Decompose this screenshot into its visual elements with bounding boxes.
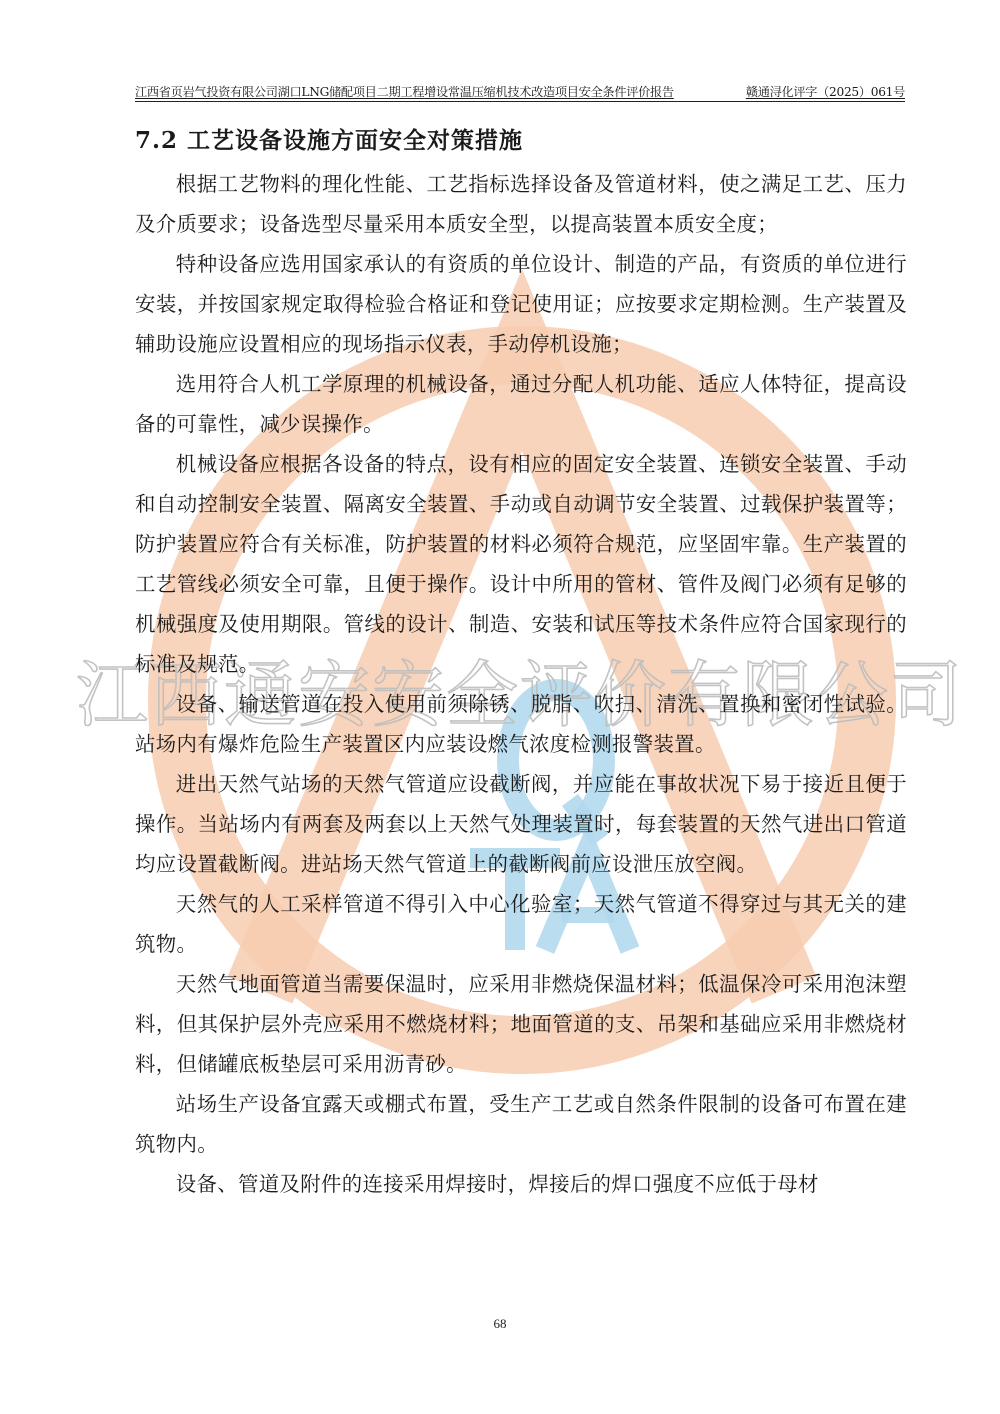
paragraph: 设备、管道及附件的连接采用焊接时，焊接后的焊口强度不应低于母材 (135, 1164, 907, 1204)
paragraph: 选用符合人机工学原理的机械设备，通过分配人机功能、适应人体特征，提高设备的可靠性… (135, 364, 907, 444)
paragraph: 天然气地面管道当需要保温时，应采用非燃烧保温材料；低温保冷可采用泡沫塑料，但其保… (135, 964, 907, 1084)
paragraph: 特种设备应选用国家承认的有资质的单位设计、制造的产品，有资质的单位进行安装，并按… (135, 244, 907, 364)
section-title: 7.2 工艺设备设施方面安全对策措施 (135, 124, 907, 158)
header-report-number: 赣通浔化评字（2025）061号 (746, 84, 905, 100)
running-header: 江西省页岩气投资有限公司湖口LNG储配项目二期工程增设常温压缩机技术改造项目安全… (135, 84, 905, 102)
document-page: 江西通安安全评价有限公司 江西省页岩气投资有限公司湖口LNG储配项目二期工程增设… (0, 0, 1000, 1414)
paragraph: 进出天然气站场的天然气管道应设截断阀，并应能在事故状况下易于接近且便于操作。当站… (135, 764, 907, 884)
section-content: 7.2 工艺设备设施方面安全对策措施 根据工艺物料的理化性能、工艺指标选择设备及… (135, 124, 907, 1204)
page-number: 68 (0, 1316, 1000, 1332)
header-report-title: 江西省页岩气投资有限公司湖口LNG储配项目二期工程增设常温压缩机技术改造项目安全… (135, 84, 674, 100)
paragraph: 设备、输送管道在投入使用前须除锈、脱脂、吹扫、清洗、置换和密闭性试验。站场内有爆… (135, 684, 907, 764)
paragraph: 机械设备应根据各设备的特点，设有相应的固定安全装置、连锁安全装置、手动和自动控制… (135, 444, 907, 684)
paragraph: 天然气的人工采样管道不得引入中心化验室；天然气管道不得穿过与其无关的建筑物。 (135, 884, 907, 964)
paragraph: 站场生产设备宜露天或棚式布置，受生产工艺或自然条件限制的设备可布置在建筑物内。 (135, 1084, 907, 1164)
paragraph: 根据工艺物料的理化性能、工艺指标选择设备及管道材料，使之满足工艺、压力及介质要求… (135, 164, 907, 244)
